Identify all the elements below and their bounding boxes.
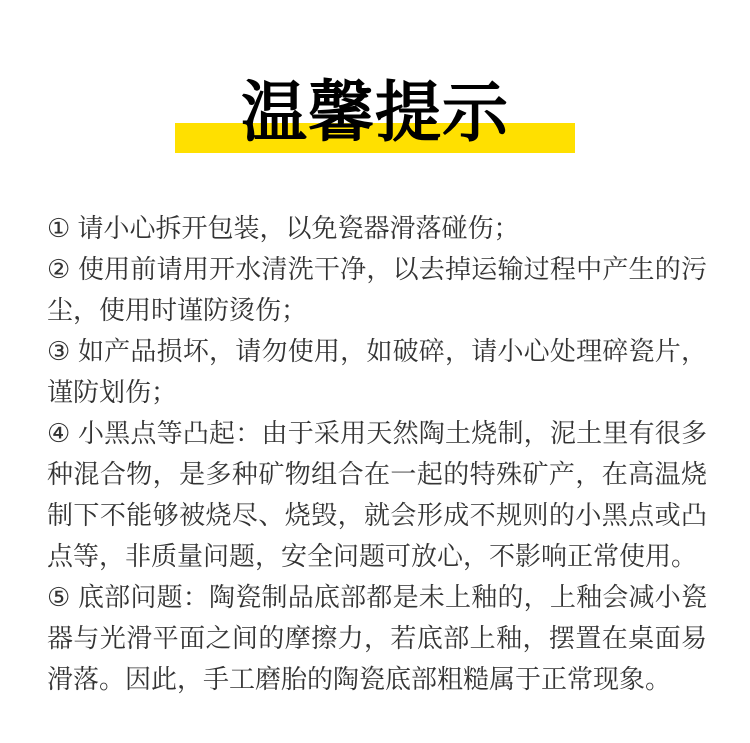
notice-item-3: ③ 如产品损坏，请勿使用，如破碎，请小心处理碎瓷片，谨防划伤；	[47, 331, 707, 413]
notice-item-1: ① 请小心拆开包装，以免瓷器滑落碰伤；	[47, 208, 707, 249]
notice-list: ① 请小心拆开包装，以免瓷器滑落碰伤； ② 使用前请用开水清洗干净，以去掉运输过…	[47, 208, 707, 700]
page-title: 温馨提示	[0, 76, 750, 148]
notice-item-2: ② 使用前请用开水清洗干净，以去掉运输过程中产生的污尘，使用时谨防烫伤；	[47, 249, 707, 331]
notice-page: 温馨提示 ① 请小心拆开包装，以免瓷器滑落碰伤； ② 使用前请用开水清洗干净，以…	[0, 0, 750, 743]
notice-item-4: ④ 小黑点等凸起：由于采用天然陶土烧制，泥土里有很多种混合物，是多种矿物组合在一…	[47, 413, 707, 577]
notice-item-5: ⑤ 底部问题：陶瓷制品底部都是未上釉的，上釉会减小瓷器与光滑平面之间的摩擦力，若…	[47, 577, 707, 700]
